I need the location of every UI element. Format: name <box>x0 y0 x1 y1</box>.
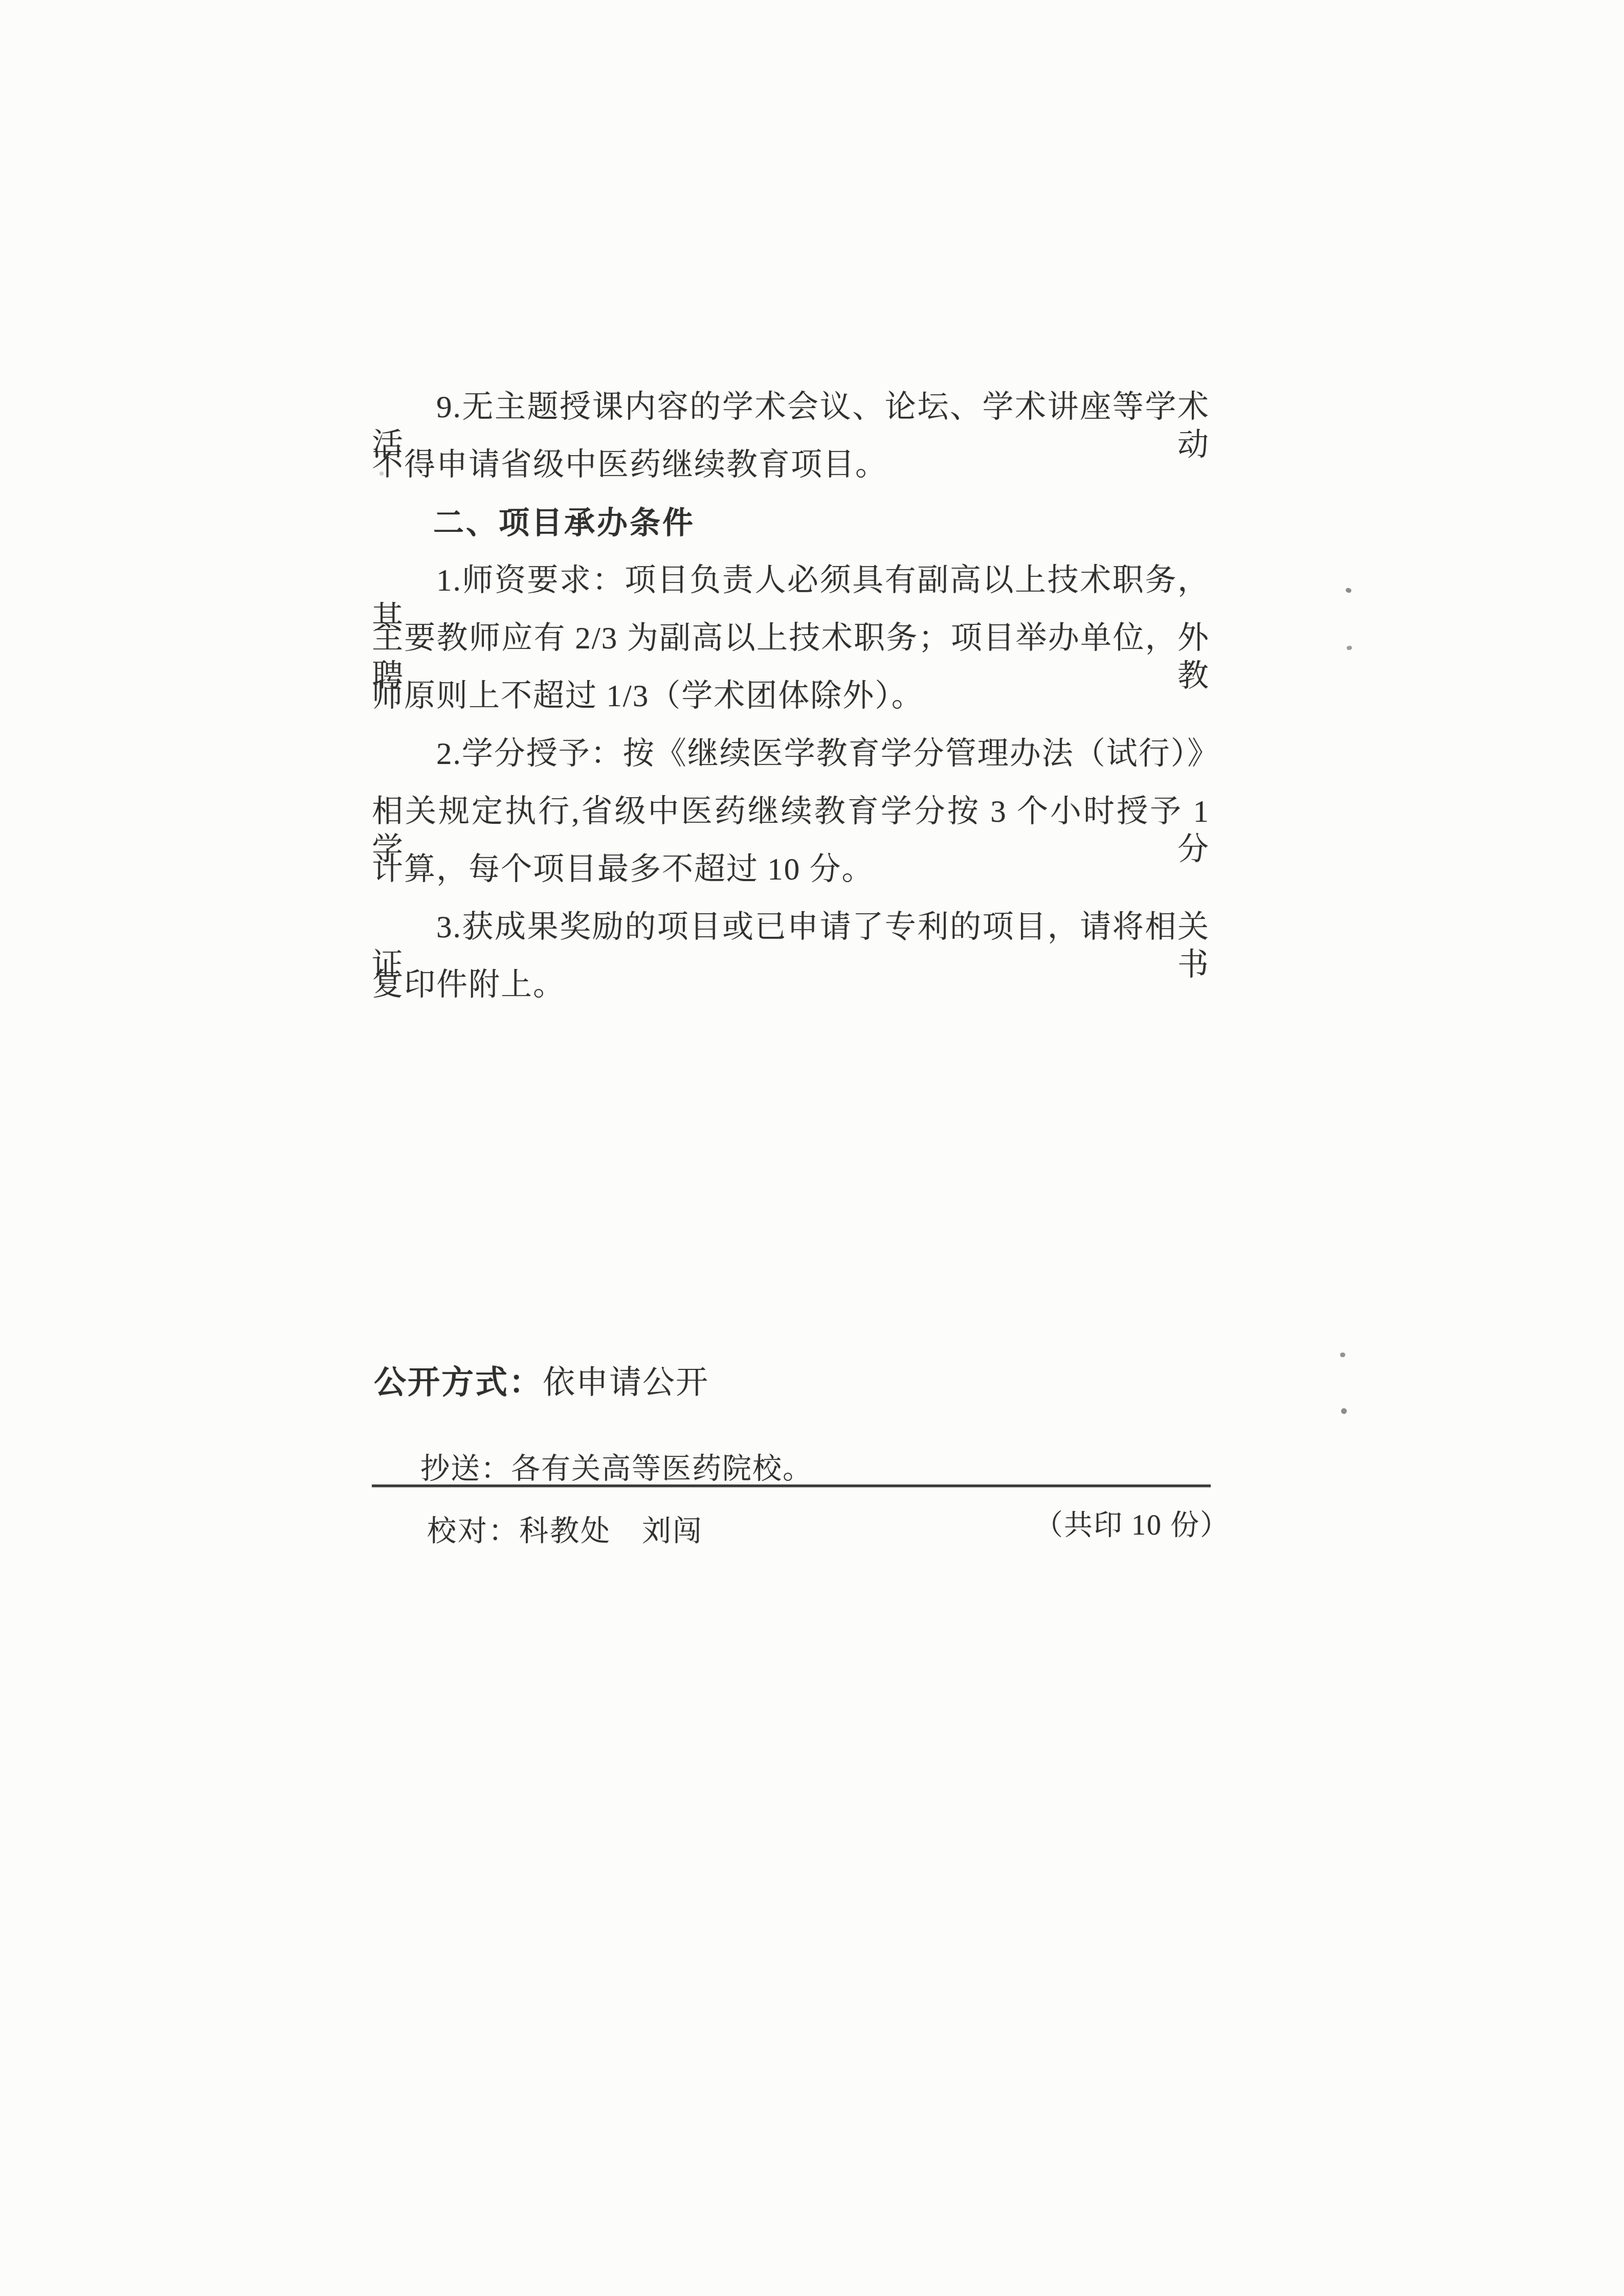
section-heading: 二、项目承办条件 <box>433 504 695 542</box>
scan-speckle <box>1346 645 1352 650</box>
body-line: 复印件附上。 <box>372 966 1210 1004</box>
print-copies-note: （共印 10 份） <box>1034 1502 1230 1543</box>
footer-divider <box>372 1484 1211 1487</box>
body-line: 师原则上不超过 1/3（学术团体除外）。 <box>372 678 1210 715</box>
cc-line: 抄送：各有关高等医药院校。 <box>420 1445 813 1487</box>
document-page: 9.无主题授课内容的学术会议、论坛、学术讲座等学术活动不得申请省级中医药继续教育… <box>0 0 1624 2296</box>
scan-speckle <box>1340 1353 1345 1357</box>
scan-speckle <box>1345 587 1352 593</box>
disclosure-line: 公开方式：依申请公开 <box>374 1356 709 1403</box>
scan-speckle <box>1340 1407 1348 1415</box>
proofreader-line: 校对：科教处 刘闯 <box>427 1507 703 1549</box>
disclosure-value: 依申请公开 <box>543 1364 709 1400</box>
disclosure-label: 公开方式： <box>374 1364 543 1400</box>
body-line: 计算，每个项目最多不超过 10 分。 <box>372 851 1210 889</box>
body-line: 2.学分授予：按《继续医学教育学分管理办法（试行）》 <box>372 735 1210 773</box>
body-line: 不得申请省级中医药继续教育项目。 <box>372 446 1210 484</box>
